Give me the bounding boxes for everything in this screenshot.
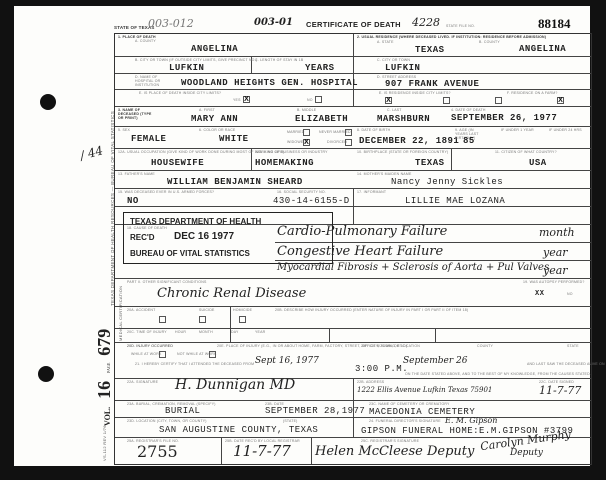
part2-label: PART II. OTHER SIGNIFICANT CONDITIONS bbox=[127, 280, 206, 284]
divorced-checkbox[interactable] bbox=[345, 139, 352, 146]
stamp-received-date: DEC 16 1977 bbox=[174, 231, 234, 242]
pod-no-label: NO bbox=[307, 98, 313, 102]
attended-to: September 26 bbox=[403, 356, 467, 366]
burial-location: SAN AUGUSTINE COUNTY, TEXAS bbox=[159, 425, 318, 435]
vol-label: VOL. bbox=[103, 407, 112, 426]
certification-statement: 21. I hereby certify that I attended the… bbox=[135, 362, 254, 366]
burial-location-label: 23d. LOCATION (City, town, or county) bbox=[127, 419, 207, 423]
cause-b-interval: year bbox=[543, 246, 568, 259]
race: WHITE bbox=[219, 134, 249, 144]
res-inside-city-label: e. IS RESIDENCE INSIDE CITY LIMITS? bbox=[379, 91, 451, 95]
industry-label: 12b. KIND OF BUSINESS OR INDUSTRY bbox=[255, 150, 328, 154]
certificate-form: 1. PLACE OF DEATH a. COUNTY ANGELINA b. … bbox=[114, 33, 592, 465]
res-farm-yes-checkbox[interactable] bbox=[495, 97, 502, 104]
citizen: USA bbox=[529, 158, 547, 168]
while-at-work-label: WHILE AT WORK bbox=[131, 352, 161, 356]
autopsy-label: 19. WAS AUTOPSY PERFORMED? bbox=[523, 280, 585, 284]
hospital: WOODLAND HEIGHTS GEN. HOSPITAL bbox=[181, 78, 358, 88]
ssn-label: 16. SOCIAL SECURITY NO. bbox=[277, 190, 326, 194]
volume-page: VOL. 16 PAGE 679 bbox=[94, 329, 115, 426]
res-farm-no-checkbox[interactable]: X bbox=[557, 97, 564, 104]
stamp-number-2: 003-01 bbox=[254, 17, 293, 28]
res-county-label: b. COUNTY bbox=[479, 40, 500, 44]
armed-forces: NO bbox=[127, 196, 139, 206]
accident-checkbox[interactable] bbox=[159, 316, 166, 323]
res-inside-city-yes-checkbox[interactable]: X bbox=[385, 97, 392, 104]
last-name-label: c. Last bbox=[387, 108, 402, 112]
pod-yes-label: YES bbox=[233, 98, 241, 102]
first-name: MARY ANN bbox=[191, 114, 238, 124]
accident-label: 20a. ACCIDENT bbox=[127, 308, 155, 312]
death-time: 3:00 P.M. bbox=[355, 364, 408, 374]
suicide-label: SUICIDE bbox=[199, 308, 215, 312]
cause-a-interval: month bbox=[539, 226, 575, 239]
father: WILLIAM BENJAMIN SHEARD bbox=[167, 177, 303, 187]
while-at-work-checkbox[interactable] bbox=[159, 351, 166, 358]
punch-hole-bottom bbox=[38, 366, 54, 382]
injury-day: Day bbox=[231, 330, 239, 334]
injury-county-label: COUNTY bbox=[477, 344, 493, 348]
certificate-number: 88184 bbox=[538, 16, 571, 32]
married-checkbox[interactable] bbox=[303, 129, 310, 136]
pod-county: ANGELINA bbox=[191, 44, 238, 54]
last-saw-label: and last saw the deceased alive on bbox=[527, 362, 605, 366]
hospital-label: d. NAME OF HOSPITAL OR INSTITUTION bbox=[135, 75, 175, 87]
registrar-signature: Helen McCleese Deputy bbox=[315, 444, 474, 459]
attended-from: Sept 16, 1977 bbox=[255, 356, 319, 366]
length-of-stay: YEARS bbox=[305, 63, 335, 73]
handwritten-file-number: 4228 bbox=[412, 16, 440, 29]
pod-inside-city-no-checkbox[interactable] bbox=[315, 96, 322, 103]
res-state: TEXAS bbox=[415, 45, 445, 55]
informant: LILLIE MAE LOZANA bbox=[405, 196, 505, 206]
ssn: 430-14-6155-D bbox=[273, 196, 350, 206]
time-of-injury-label: 20c. TIME OF INJURY bbox=[127, 330, 167, 334]
stamp-number-1: 003-012 bbox=[148, 17, 194, 30]
homicide-checkbox[interactable] bbox=[239, 316, 246, 323]
res-inside-city-no-checkbox[interactable] bbox=[443, 97, 450, 104]
residence-label: 2. USUAL RESIDENCE (Where deceased lived… bbox=[357, 35, 546, 39]
birthplace: TEXAS bbox=[415, 158, 445, 168]
margin-note: / 44 bbox=[79, 143, 105, 163]
date-signed: 11-7-77 bbox=[539, 384, 581, 397]
res-city: LUFKIN bbox=[385, 63, 420, 73]
industry: HOMEMAKING bbox=[255, 158, 314, 168]
injury-occurred-label: 20d. INJURY OCCURRED bbox=[127, 344, 173, 348]
date-of-death: SEPTEMBER 26, 1977 bbox=[451, 113, 557, 123]
date-of-birth: DECEMBER 22, 1891 bbox=[359, 136, 459, 146]
pod-city-label: b. CITY OR TOWN (If outside city limits,… bbox=[135, 58, 257, 62]
informant-label: 17. INFORMANT bbox=[357, 190, 386, 194]
stamp-line-1: TEXAS DEPARTMENT OF HEALTH bbox=[130, 217, 261, 226]
birthplace-label: 10. BIRTHPLACE (State or foreign country… bbox=[357, 150, 448, 154]
page-label: PAGE bbox=[106, 363, 111, 373]
res-county: ANGELINA bbox=[519, 44, 566, 54]
suicide-checkbox[interactable] bbox=[199, 316, 206, 323]
sex-label: 5. SEX bbox=[118, 128, 130, 132]
res-state-label: a. STATE bbox=[377, 40, 394, 44]
director-signature-label: 24. FUNERAL DIRECTOR'S SIGNATURE bbox=[369, 419, 441, 423]
mother: Nancy Jenny Sickles bbox=[391, 177, 503, 187]
cause-c-interval: year bbox=[543, 264, 568, 277]
father-label: 13. FATHER'S NAME bbox=[118, 172, 155, 176]
age: 85 bbox=[463, 136, 475, 146]
citizen-label: 11. CITIZEN OF WHAT COUNTRY? bbox=[495, 150, 557, 154]
dob-label: 8. DATE OF BIRTH bbox=[357, 128, 390, 132]
name-label: 3. NAME OF DECEASED (Type or print) bbox=[118, 108, 152, 120]
res-on-farm-label: f. RESIDENCE ON A FARM? bbox=[507, 91, 558, 95]
mother-label: 14. MOTHER'S MAIDEN NAME bbox=[357, 172, 411, 176]
registrar-file-no: 2755 bbox=[137, 442, 178, 461]
sex: FEMALE bbox=[131, 134, 166, 144]
burial-date: SEPTEMBER 28,1977 bbox=[265, 406, 365, 416]
injury-location-label: 20f. CITY, TOWN, OR LOCATION bbox=[361, 344, 420, 348]
punch-hole-top bbox=[40, 94, 56, 110]
certificate-title: CERTIFICATE OF DEATH bbox=[306, 20, 401, 29]
length-of-stay-label: c. LENGTH OF STAY IN 1b bbox=[255, 58, 303, 62]
armed-forces-label: 15. WAS DECEASED EVER IN U.S. ARMED FORC… bbox=[118, 190, 214, 194]
stamp-line-3: BUREAU OF VITAL STATISTICS bbox=[130, 249, 250, 258]
burial-location-state-label: (State) bbox=[283, 419, 298, 423]
received-stamp: TEXAS DEPARTMENT OF HEALTH REC'D DEC 16 … bbox=[123, 212, 333, 264]
physician-signature: H. Dunnigan MD bbox=[175, 377, 295, 393]
signature-label: 22a. SIGNATURE bbox=[127, 380, 158, 384]
vol-value: 16 bbox=[94, 381, 114, 399]
inside-city-label: e. IS PLACE OF DEATH INSIDE CITY LIMITS? bbox=[139, 91, 221, 95]
describe-injury-label: 20b. DESCRIBE HOW INJURY OCCURRED (Enter… bbox=[275, 308, 468, 312]
date-recd: 11-7-77 bbox=[233, 442, 291, 460]
res-street: 907 FRANK AVENUE bbox=[385, 79, 479, 89]
autopsy-value: XX bbox=[535, 290, 544, 298]
part2: Chronic Renal Disease bbox=[157, 286, 306, 301]
registrar-signature-label: 25c. REGISTRAR'S SIGNATURE bbox=[361, 439, 419, 443]
certificate-paper: / 44 TEXAS DEPARTMENT OF HEALTH RESOURCE… bbox=[14, 6, 590, 466]
pod-city: LUFKIN bbox=[169, 63, 204, 73]
date-of-death-label: 4. DATE OF DEATH bbox=[451, 108, 486, 112]
not-at-work-checkbox[interactable] bbox=[209, 351, 216, 358]
never-married-checkbox[interactable] bbox=[345, 129, 352, 136]
injury-hour: Hour bbox=[175, 330, 186, 334]
pod-county-label: a. COUNTY bbox=[135, 39, 156, 43]
injury-year: Year bbox=[255, 330, 265, 334]
file-no-label: STATE FILE NO. bbox=[446, 24, 475, 28]
page-value: 679 bbox=[94, 329, 114, 356]
first-name-label: a. First bbox=[199, 108, 215, 112]
stamp-received-prefix: REC'D bbox=[130, 233, 155, 242]
certification-end: on the date stated above, and to the bes… bbox=[405, 372, 591, 376]
burial-method: BURIAL bbox=[165, 406, 200, 416]
res-city-label: c. CITY OR TOWN bbox=[377, 58, 410, 62]
race-label: 6. COLOR OR RACE bbox=[199, 128, 235, 132]
under-1-year-label: IF UNDER 1 YEAR bbox=[501, 128, 534, 132]
autopsy-no: NO bbox=[567, 292, 573, 296]
marital-married: Married bbox=[287, 130, 305, 134]
address-label: 22b. ADDRESS bbox=[357, 380, 384, 384]
middle-name-label: b. Middle bbox=[297, 108, 316, 112]
director-signature: E. M. Gipson bbox=[445, 416, 497, 425]
middle-name: ELIZABETH bbox=[295, 114, 348, 124]
occupation: HOUSEWIFE bbox=[151, 158, 204, 168]
widowed-checkbox[interactable]: X bbox=[303, 139, 310, 146]
homicide-label: HOMICIDE bbox=[233, 308, 252, 312]
deputy-title: Deputy bbox=[510, 448, 543, 458]
cemetery-label: 23c. NAME OF CEMETERY OR CREMATORY bbox=[369, 402, 450, 406]
injury-state-label: STATE bbox=[567, 344, 579, 348]
form-code: VS-112 REV 1/76 bbox=[102, 425, 107, 461]
injury-month: Month bbox=[199, 330, 213, 334]
last-name: MARSHBURN bbox=[377, 114, 430, 124]
under-1-day-label: IF UNDER 24 HRS bbox=[549, 128, 582, 132]
physician-address: 1222 Ellis Avenue Lufkin Texas 75901 bbox=[357, 386, 492, 394]
pod-inside-city-yes-checkbox[interactable]: X bbox=[243, 96, 250, 103]
